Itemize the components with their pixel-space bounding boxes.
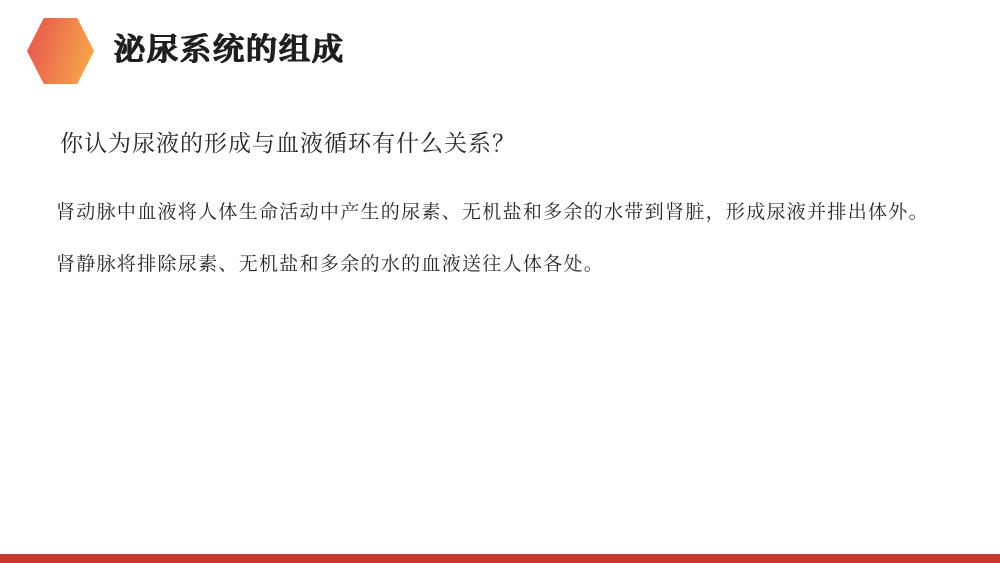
question-text: 你认为尿液的形成与血液循环有什么关系？ bbox=[60, 125, 516, 158]
hexagon-icon bbox=[27, 18, 94, 84]
paragraph-renal-vein: 肾静脉将排除尿素、无机盐和多余的水的血液送往人体各处。 bbox=[56, 249, 604, 276]
paragraph-renal-artery: 肾动脉中血液将人体生命活动中产生的尿素、无机盐和多余的水带到肾脏，形成尿液并排出… bbox=[56, 197, 929, 224]
slide-title: 泌尿系统的组成 bbox=[114, 33, 345, 67]
slide: 泌尿系统的组成 你认为尿液的形成与血液循环有什么关系？ 肾动脉中血液将人体生命活… bbox=[0, 0, 1000, 563]
footer-accent-bar bbox=[0, 554, 1000, 563]
